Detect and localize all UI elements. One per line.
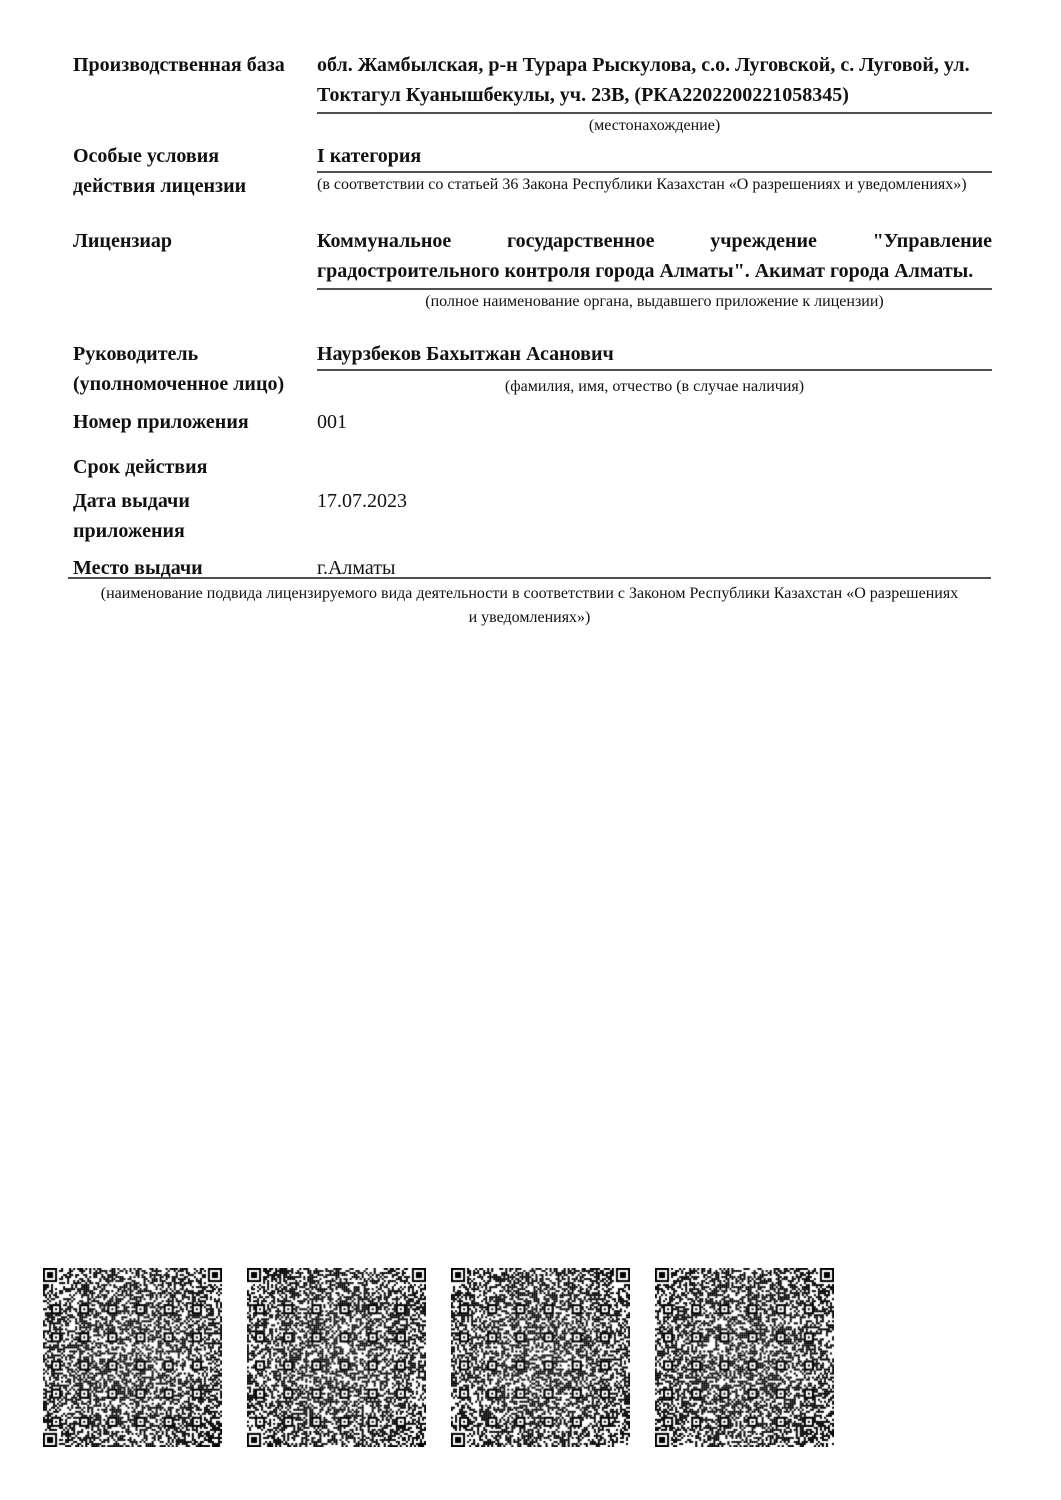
address-line-1: обл. Жамбылская, р-н Турара Рыскулова, с… bbox=[317, 50, 992, 80]
field-label-special-conditions: Особые условия действия лицензии bbox=[73, 141, 315, 201]
qr-code-3 bbox=[451, 1268, 630, 1447]
separator-line bbox=[317, 369, 992, 371]
qr-code-2 bbox=[247, 1268, 426, 1447]
field-caption-location: (местонахождение) bbox=[317, 116, 992, 136]
field-label-text-line-2: приложения bbox=[73, 516, 315, 546]
field-label-text: Лицензиар bbox=[73, 226, 315, 256]
field-label-appendix-number: Номер приложения bbox=[73, 407, 315, 437]
field-value-issue-date: 17.07.2023 bbox=[317, 486, 992, 516]
field-label-text: Производственная база bbox=[73, 50, 315, 80]
licensor-name-line-2: градостроительного контроля города Алмат… bbox=[317, 256, 992, 286]
field-label-text-line-1: Дата выдачи bbox=[73, 486, 315, 516]
category-value: I категория bbox=[317, 141, 992, 171]
qr-code-1 bbox=[43, 1268, 222, 1447]
field-value-special-conditions: I категория (в соответствии со статьей 3… bbox=[317, 141, 992, 195]
address-line-2: Токтагул Куанышбекулы, уч. 23В, (РКА2202… bbox=[317, 80, 992, 110]
appendix-number-value: 001 bbox=[317, 407, 992, 437]
field-caption-full-name: (фамилия, имя, отчество (в случае наличи… bbox=[317, 377, 992, 397]
head-name: Наурзбеков Бахытжан Асанович bbox=[317, 339, 992, 369]
footer-note: (наименование подвида лицензируемого вид… bbox=[68, 582, 991, 630]
footer-note-line-1: (наименование подвида лицензируемого вид… bbox=[68, 582, 991, 606]
field-label-validity-period: Срок действия bbox=[73, 452, 315, 482]
field-value-appendix-number: 001 bbox=[317, 407, 992, 437]
field-caption-issuing-authority: (полное наименование органа, выдавшего п… bbox=[317, 292, 992, 312]
field-label-production-base: Производственная база bbox=[73, 50, 315, 80]
separator-line-full-width bbox=[68, 577, 991, 579]
field-label-licensor: Лицензиар bbox=[73, 226, 315, 256]
field-value-head: Наурзбеков Бахытжан Асанович (фамилия, и… bbox=[317, 339, 992, 397]
field-caption-law-reference: (в соответствии со статьей 36 Закона Рес… bbox=[317, 175, 992, 195]
footer-note-line-2: и уведомлениях») bbox=[68, 606, 991, 630]
field-label-text: Срок действия bbox=[73, 452, 315, 482]
field-label-text-line-2: (уполномоченное лицо) bbox=[73, 369, 315, 399]
qr-code-row bbox=[43, 1268, 834, 1447]
separator-line bbox=[317, 171, 992, 173]
field-label-text-line-2: действия лицензии bbox=[73, 171, 315, 201]
field-label-text: Номер приложения bbox=[73, 407, 315, 437]
licensor-name-line-1: Коммунальное государственное учреждение … bbox=[317, 226, 992, 256]
field-label-issue-date: Дата выдачи приложения bbox=[73, 486, 315, 546]
field-label-head: Руководитель (уполномоченное лицо) bbox=[73, 339, 315, 399]
separator-line bbox=[317, 112, 992, 114]
field-value-licensor: Коммунальное государственное учреждение … bbox=[317, 226, 992, 312]
field-value-production-base: обл. Жамбылская, р-н Турара Рыскулова, с… bbox=[317, 50, 992, 136]
field-label-text-line-1: Особые условия bbox=[73, 141, 315, 171]
separator-line bbox=[317, 288, 992, 290]
license-appendix-document: Производственная база обл. Жамбылская, р… bbox=[0, 0, 1061, 1500]
field-label-text-line-1: Руководитель bbox=[73, 339, 315, 369]
qr-code-4 bbox=[655, 1268, 834, 1447]
issue-date-value: 17.07.2023 bbox=[317, 486, 992, 516]
